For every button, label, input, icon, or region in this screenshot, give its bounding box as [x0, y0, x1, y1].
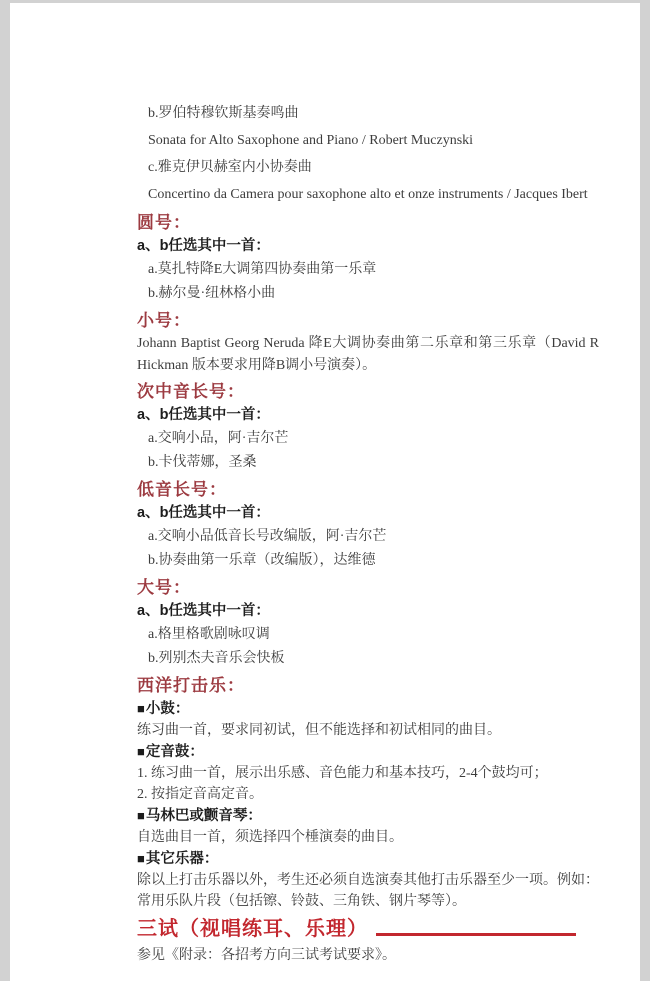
repertoire-item: b.罗伯特穆钦斯基奏鸣曲: [137, 100, 599, 127]
section-heading-tuba: 大号：: [137, 576, 599, 600]
square-bullet-icon: ■: [137, 851, 145, 866]
repertoire-item: a.莫扎特降E大调第四协奏曲第一乐章: [137, 258, 599, 282]
subsection-text-line: 自选曲目一首，须选择四个棰演奏的曲目。: [137, 827, 599, 848]
section-heading-tenor-trombone: 次中音长号：: [137, 380, 599, 404]
repertoire-item-translation: Concertino da Camera pour saxophone alto…: [137, 181, 599, 208]
subsection-label-text: 定音鼓：: [146, 744, 204, 760]
title-underline: [376, 933, 576, 936]
page-content: b.罗伯特穆钦斯基奏鸣曲 Sonata for Alto Saxophone a…: [137, 100, 599, 968]
repertoire-item: a.格里格歌剧咏叹调: [137, 623, 599, 647]
repertoire-item: a.交响小品低音长号改编版，阿·吉尔芒: [137, 525, 599, 549]
subsection-text-line: 除以上打击乐器以外，考生还必须自选演奏其他打击乐器至少一项。例如：: [137, 870, 599, 891]
third-round-title-row: 三试（视唱练耳、乐理）: [137, 914, 599, 944]
square-bullet-icon: ■: [137, 744, 145, 759]
reference-note: 参见《附录：各招考方向三试考试要求》。: [137, 944, 599, 968]
subsection-label-timpani: ■定音鼓：: [137, 741, 599, 763]
section-paragraph-line: Johann Baptist Georg Neruda 降E大调协奏曲第二乐章和…: [137, 333, 599, 355]
repertoire-item-translation: Sonata for Alto Saxophone and Piano / Ro…: [137, 127, 599, 154]
repertoire-item: b.卡伐蒂娜，圣桑: [137, 451, 599, 475]
repertoire-item: b.列别杰夫音乐会快板: [137, 647, 599, 671]
subsection-text-line: 1. 练习曲一首，展示出乐感、音色能力和基本技巧，2-4个鼓均可；: [137, 763, 599, 784]
square-bullet-icon: ■: [137, 701, 145, 716]
repertoire-item: b.赫尔曼·纽林格小曲: [137, 282, 599, 306]
saxophone-repertoire-block: b.罗伯特穆钦斯基奏鸣曲 Sonata for Alto Saxophone a…: [137, 100, 599, 208]
subsection-label-snare-drum: ■小鼓：: [137, 698, 599, 720]
subsection-label-other-instruments: ■其它乐器：: [137, 848, 599, 870]
final-exam-title: 三试（视唱练耳、乐理）: [137, 914, 368, 944]
subsection-label-text: 马林巴或颤音琴：: [146, 808, 262, 824]
option-instruction: a、b任选其中一首：: [137, 404, 599, 427]
option-instruction: a、b任选其中一首：: [137, 502, 599, 525]
subsection-text-line: 2. 按指定音高定音。: [137, 784, 599, 805]
document-page: b.罗伯特穆钦斯基奏鸣曲 Sonata for Alto Saxophone a…: [10, 3, 640, 981]
section-heading-horn: 圆号：: [137, 211, 599, 235]
option-instruction: a、b任选其中一首：: [137, 600, 599, 623]
section-heading-bass-trombone: 低音长号：: [137, 478, 599, 502]
section-paragraph-line: Hickman 版本要求用降B调小号演奏）。: [137, 355, 599, 377]
subsection-label-text: 小鼓：: [146, 701, 190, 717]
section-heading-trumpet: 小号：: [137, 309, 599, 333]
repertoire-item: b.协奏曲第一乐章（改编版），达维德: [137, 549, 599, 573]
repertoire-item: a.交响小品，阿·吉尔芒: [137, 427, 599, 451]
subsection-text-line: 练习曲一首，要求同初试，但不能选择和初试相同的曲目。: [137, 720, 599, 741]
repertoire-item: c.雅克伊贝赫室内小协奏曲: [137, 154, 599, 181]
section-heading-percussion: 西洋打击乐：: [137, 674, 599, 698]
option-instruction: a、b任选其中一首：: [137, 235, 599, 258]
subsection-label-text: 其它乐器：: [146, 851, 219, 867]
subsection-text-line: 常用乐队片段（包括镲、铃鼓、三角铁、钢片琴等）。: [137, 891, 599, 912]
subsection-label-marimba-vibraphone: ■马林巴或颤音琴：: [137, 805, 599, 827]
square-bullet-icon: ■: [137, 808, 145, 823]
